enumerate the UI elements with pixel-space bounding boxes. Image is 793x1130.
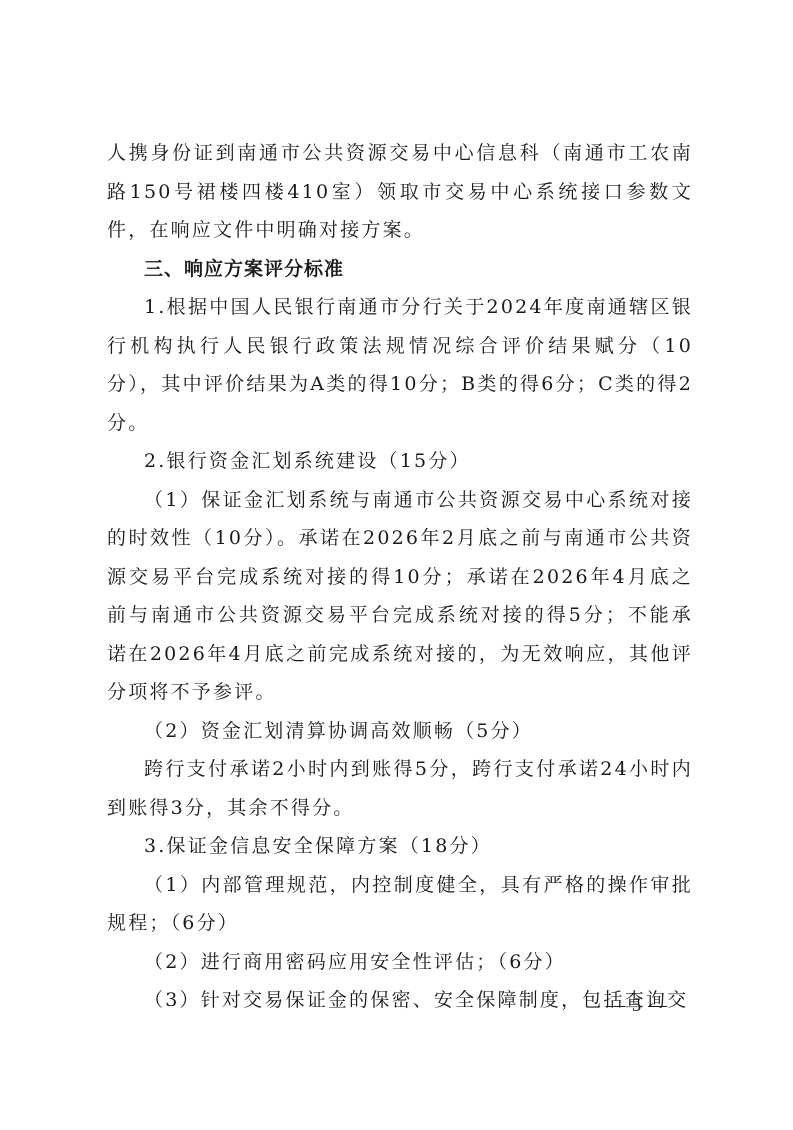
document-page: 人携身份证到南通市公共资源交易中心信息科（南通市工农南路150号裙楼四楼410室… <box>0 0 793 1130</box>
page-body: 人携身份证到南通市公共资源交易中心信息科（南通市工农南路150号裙楼四楼410室… <box>107 134 693 1020</box>
criterion-3-title: 3.保证金信息安全保障方案（18分） <box>107 827 693 866</box>
paragraph-continued-intro: 人携身份证到南通市公共资源交易中心信息科（南通市工农南路150号裙楼四楼410室… <box>107 134 693 250</box>
criterion-3-1-internal-control: （1）内部管理规范，内控制度健全，具有严格的操作审批规程；（6分） <box>107 866 693 943</box>
section-heading-scoring-criteria: 三、响应方案评分标准 <box>107 250 693 289</box>
criterion-2-2-title: （2）资金汇划清算协调高效顺畅（5分） <box>107 712 693 751</box>
page-number: — 5 — <box>606 995 706 1017</box>
criterion-1-pboc-evaluation: 1.根据中国人民银行南通市分行关于2024年度南通辖区银行机构执行人民银行政策法… <box>107 288 693 442</box>
criterion-2-title: 2.银行资金汇划系统建设（15分） <box>107 442 693 481</box>
criterion-3-2-crypto-assessment: （2）进行商用密码应用安全性评估；（6分） <box>107 943 693 982</box>
criterion-2-2-detail: 跨行支付承诺2小时内到账得5分，跨行支付承诺24小时内到账得3分，其余不得分。 <box>107 750 693 827</box>
criterion-2-1-system-integration: （1）保证金汇划系统与南通市公共资源交易中心系统对接的时效性（10分）。承诺在2… <box>107 481 693 712</box>
